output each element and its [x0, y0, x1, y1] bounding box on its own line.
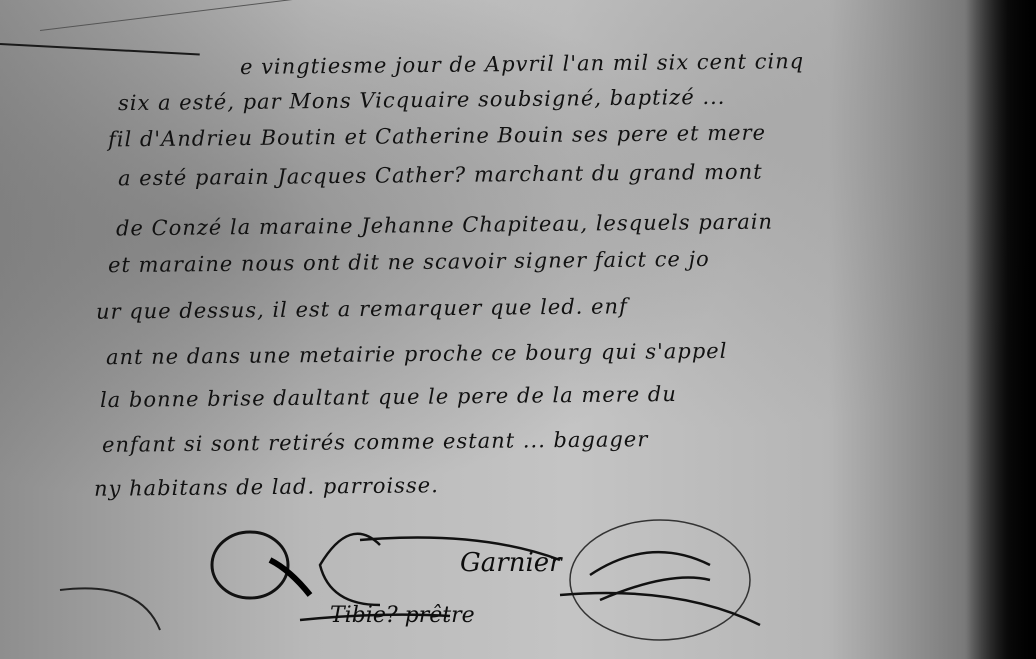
page-gutter-shadow: [966, 0, 1036, 659]
parchment-page: e vingtiesme jour de Apvril l'an mil six…: [0, 0, 1036, 659]
signature-garnier: Garnier: [460, 548, 562, 578]
signature-priest: Tibie? prêtre: [330, 603, 475, 628]
